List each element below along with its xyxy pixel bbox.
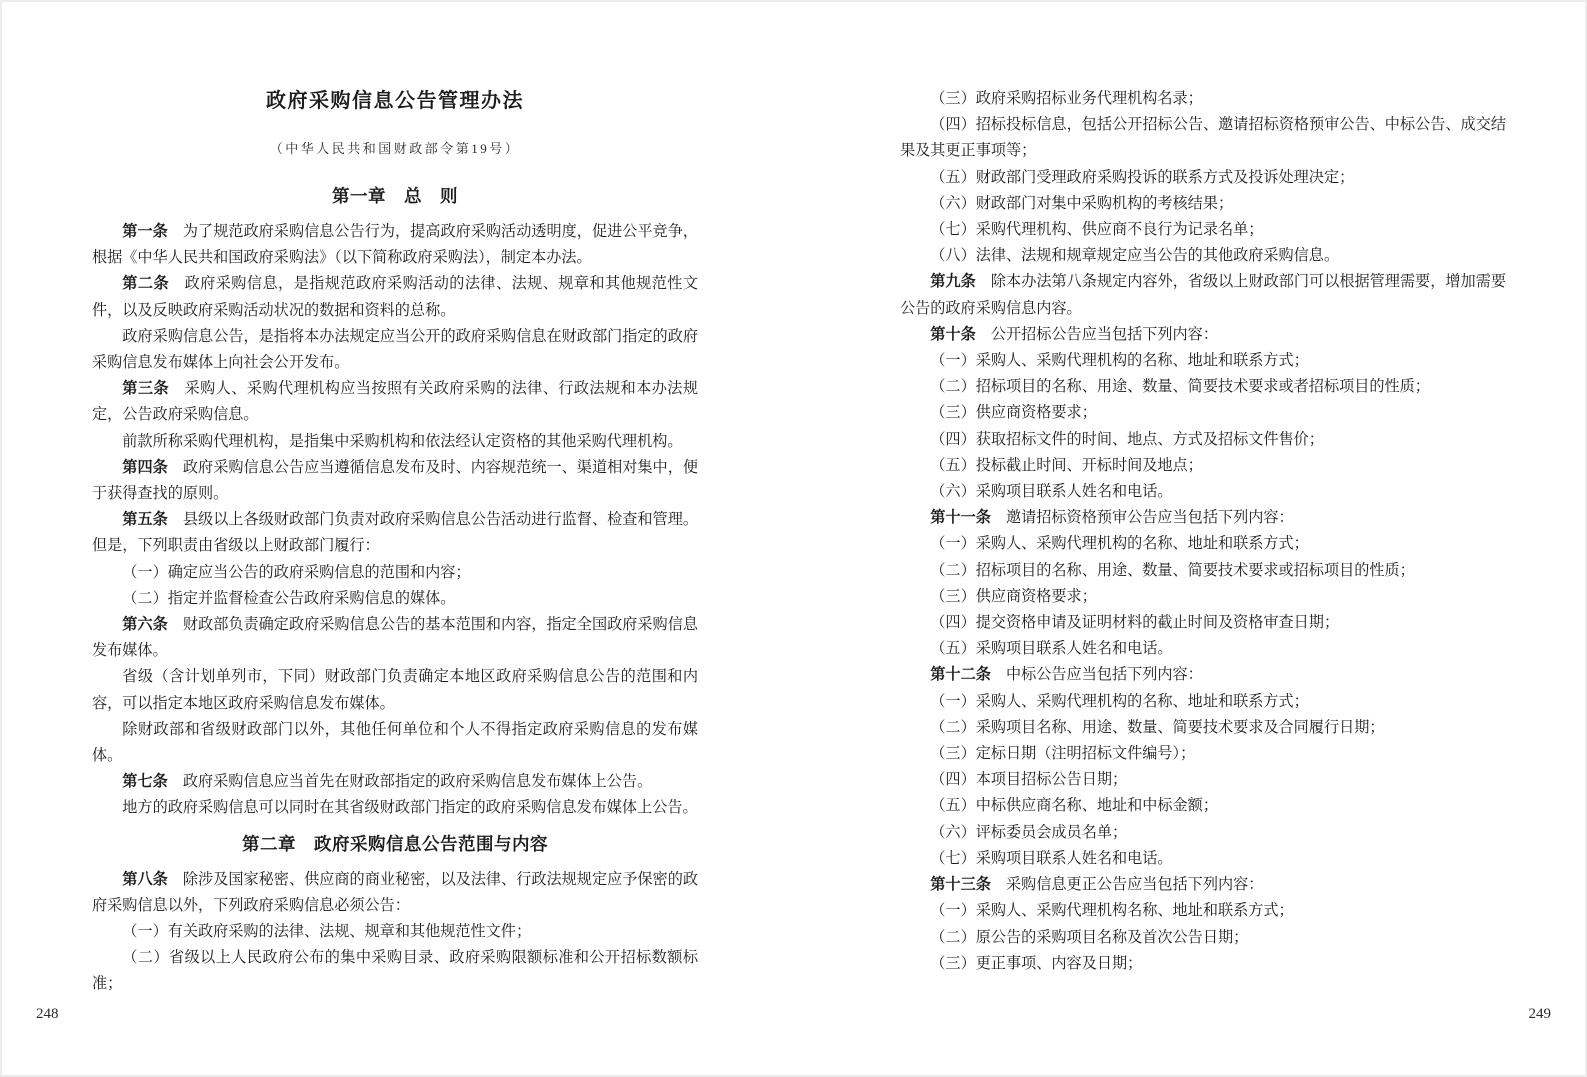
paragraph: （二）招标项目的名称、用途、数量、简要技术要求或招标项目的性质；: [900, 558, 1506, 584]
paragraph: （五）投标截止时间、开标时间及地点；: [900, 453, 1506, 479]
document-subtitle: （中华人民共和国财政部令第19号）: [92, 139, 698, 159]
paragraph: （二）采购项目名称、用途、数量、简要技术要求及合同履行日期；: [900, 715, 1506, 741]
paragraph: （七）采购项目联系人姓名和电话。: [900, 846, 1506, 872]
article-label: 第十条: [930, 326, 975, 343]
paragraph: （三）定标日期（注明招标文件编号）；: [900, 741, 1506, 767]
paragraph: （一）采购人、采购代理机构名称、地址和联系方式；: [900, 898, 1506, 924]
document-title: 政府采购信息公告管理办法: [92, 0, 698, 116]
chapter-heading: 第一章 总 则: [92, 183, 698, 210]
paragraph: （七）采购代理机构、供应商不良行为记录名单；: [900, 217, 1506, 243]
page-left: 政府采购信息公告管理办法 （中华人民共和国财政部令第19号） 第一章 总 则第一…: [92, 0, 698, 1077]
paragraph: （二）招标项目的名称、用途、数量、简要技术要求或者招标项目的性质；: [900, 374, 1506, 400]
paragraph: 第一条 为了规范政府采购信息公告行为，提高政府采购活动透明度，促进公平竞争，根据…: [92, 219, 698, 271]
paragraph: 第五条 县级以上各级财政部门负责对政府采购信息公告活动进行监督、检查和管理。但是…: [92, 507, 698, 559]
paragraph: 第三条 采购人、采购代理机构应当按照有关政府采购的法律、行政法规和本办法规定，公…: [92, 376, 698, 428]
page-right: （三）政府采购招标业务代理机构名录；（四）招标投标信息，包括公开招标公告、邀请招…: [900, 0, 1506, 1077]
page-number-right: 249: [1529, 1006, 1552, 1023]
paragraph: （一）确定应当公告的政府采购信息的范围和内容；: [92, 560, 698, 586]
page-number-left: 248: [36, 1006, 59, 1023]
article-label: 第十一条: [930, 509, 991, 526]
paragraph: 政府采购信息公告，是指将本办法规定应当公开的政府采购信息在财政部门指定的政府采购…: [92, 324, 698, 376]
paragraph: 地方的政府采购信息可以同时在其省级财政部门指定的政府采购信息发布媒体上公告。: [92, 795, 698, 821]
article-label: 第七条: [122, 773, 167, 790]
article-label: 第六条: [122, 616, 167, 633]
paragraph: （三）更正事项、内容及日期；: [900, 951, 1506, 977]
paragraph: （二）省级以上人民政府公布的集中采购目录、政府采购限额标准和公开招标数额标准；: [92, 945, 698, 997]
article-label: 第三条: [122, 380, 169, 397]
article-label: 第四条: [122, 459, 167, 476]
paragraph: （二）原公告的采购项目名称及首次公告日期；: [900, 925, 1506, 951]
paragraph: 第七条 政府采购信息应当首先在财政部指定的政府采购信息发布媒体上公告。: [92, 769, 698, 795]
paragraph: （三）供应商资格要求；: [900, 400, 1506, 426]
paragraph: 前款所称采购代理机构，是指集中采购机构和依法经认定资格的其他采购代理机构。: [92, 429, 698, 455]
paragraph: （一）采购人、采购代理机构的名称、地址和联系方式；: [900, 689, 1506, 715]
paragraph: （六）财政部门对集中采购机构的考核结果；: [900, 191, 1506, 217]
paragraph: 第二条 政府采购信息，是指规范政府采购活动的法律、法规、规章和其他规范性文件，以…: [92, 271, 698, 323]
paragraph: （三）政府采购招标业务代理机构名录；: [900, 86, 1506, 112]
paragraph: 第九条 除本办法第八条规定内容外，省级以上财政部门可以根据管理需要，增加需要公告…: [900, 269, 1506, 321]
paragraph: （五）中标供应商名称、地址和中标金额；: [900, 793, 1506, 819]
article-label: 第八条: [122, 871, 167, 888]
paragraph: 第十二条 中标公告应当包括下列内容：: [900, 662, 1506, 688]
article-label: 第十二条: [930, 666, 991, 683]
paragraph: （四）获取招标文件的时间、地点、方式及招标文件售价；: [900, 427, 1506, 453]
book-spread: 政府采购信息公告管理办法 （中华人民共和国财政部令第19号） 第一章 总 则第一…: [0, 0, 1587, 1077]
paragraph: （三）供应商资格要求；: [900, 584, 1506, 610]
paragraph: （五）财政部门受理政府采购投诉的联系方式及投诉处理决定；: [900, 165, 1506, 191]
paragraph: 第十一条 邀请招标资格预审公告应当包括下列内容：: [900, 505, 1506, 531]
paragraph: （四）本项目招标公告日期；: [900, 767, 1506, 793]
paragraph: （四）招标投标信息，包括公开招标公告、邀请招标资格预审公告、中标公告、成交结果及…: [900, 112, 1506, 164]
paragraph: （六）评标委员会成员名单；: [900, 820, 1506, 846]
article-label: 第十三条: [930, 876, 991, 893]
paragraph: 省级（含计划单列市，下同）财政部门负责确定本地区政府采购信息公告的范围和内容，可…: [92, 664, 698, 716]
paragraph: （一）采购人、采购代理机构的名称、地址和联系方式；: [900, 348, 1506, 374]
article-label: 第九条: [930, 273, 975, 290]
paragraph: （四）提交资格申请及证明材料的截止时间及资格审查日期；: [900, 610, 1506, 636]
paragraph: （五）采购项目联系人姓名和电话。: [900, 636, 1506, 662]
paragraph: 第八条 除涉及国家秘密、供应商的商业秘密，以及法律、行政法规规定应予保密的政府采…: [92, 867, 698, 919]
paragraph: 第四条 政府采购信息公告应当遵循信息发布及时、内容规范统一、渠道相对集中，便于获…: [92, 455, 698, 507]
chapter-heading: 第二章 政府采购信息公告范围与内容: [92, 831, 698, 858]
article-label: 第五条: [122, 511, 167, 528]
paragraph: （六）采购项目联系人姓名和电话。: [900, 479, 1506, 505]
paragraph: 除财政部和省级财政部门以外，其他任何单位和个人不得指定政府采购信息的发布媒体。: [92, 717, 698, 769]
paragraph: 第十条 公开招标公告应当包括下列内容：: [900, 322, 1506, 348]
article-label: 第一条: [122, 223, 167, 240]
paragraph: （八）法律、法规和规章规定应当公告的其他政府采购信息。: [900, 243, 1506, 269]
right-page-body: （三）政府采购招标业务代理机构名录；（四）招标投标信息，包括公开招标公告、邀请招…: [900, 0, 1506, 977]
paragraph: （一）有关政府采购的法律、法规、规章和其他规范性文件；: [92, 919, 698, 945]
paragraph: 第十三条 采购信息更正公告应当包括下列内容：: [900, 872, 1506, 898]
paragraph: 第六条 财政部负责确定政府采购信息公告的基本范围和内容，指定全国政府采购信息发布…: [92, 612, 698, 664]
paragraph: （二）指定并监督检查公告政府采购信息的媒体。: [92, 586, 698, 612]
article-label: 第二条: [122, 275, 169, 292]
left-page-body: 第一章 总 则第一条 为了规范政府采购信息公告行为，提高政府采购活动透明度，促进…: [92, 183, 698, 998]
paragraph: （一）采购人、采购代理机构的名称、地址和联系方式；: [900, 531, 1506, 557]
